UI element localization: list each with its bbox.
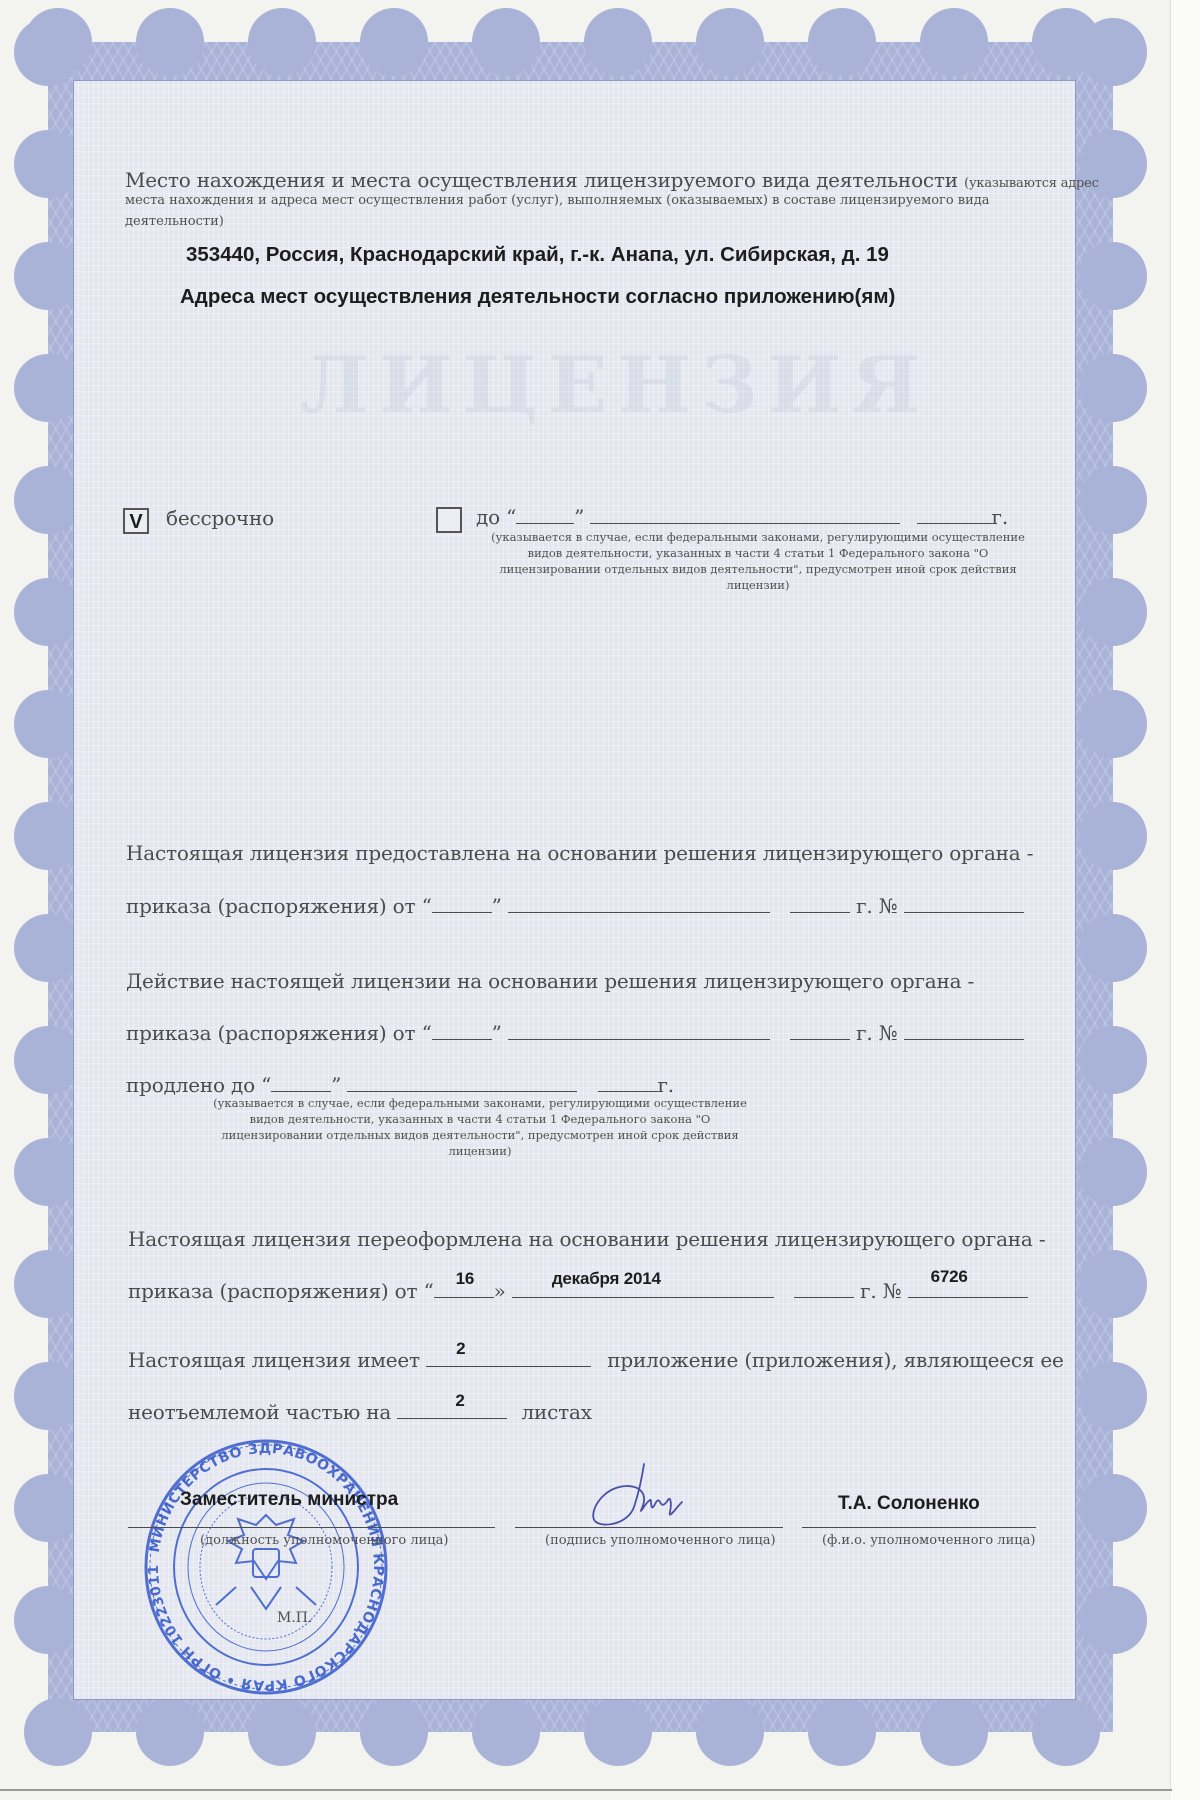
reissued-year-field[interactable] xyxy=(794,1279,854,1298)
granted-day-field[interactable] xyxy=(432,894,492,913)
appendices-count-field[interactable]: 2 xyxy=(426,1348,591,1367)
signatory-position: Заместитель министра xyxy=(180,1489,398,1511)
extended-until-day-field[interactable] xyxy=(271,1073,331,1092)
sheets-count-field[interactable]: 2 xyxy=(397,1400,507,1419)
location-heading: Место нахождения и места осуществления л… xyxy=(125,168,1099,192)
extended-year-field[interactable] xyxy=(790,1021,850,1040)
location-heading-note-line2: места нахождения и адреса мест осуществл… xyxy=(125,193,990,208)
location-heading-text: Место нахождения и места осуществления л… xyxy=(125,168,958,192)
year-number-label: г. № xyxy=(856,894,897,918)
reissued-number-field[interactable]: 6726 xyxy=(908,1279,1028,1298)
until-year-field[interactable] xyxy=(917,505,992,524)
name-caption: (ф.и.о. уполномоченного лица) xyxy=(822,1533,1035,1548)
extended-order-row: приказа (распоряжения) от “” г. № xyxy=(126,1021,1024,1045)
additional-addresses-note: Адреса мест осуществления деятельности с… xyxy=(180,285,895,309)
extended-note: (указывается в случае, если федеральными… xyxy=(200,1095,760,1159)
open-quote: “ xyxy=(424,1279,434,1303)
year-suffix: г. xyxy=(992,505,1008,529)
extended-day-field[interactable] xyxy=(432,1021,492,1040)
until-label: до xyxy=(476,505,500,529)
granted-line: Настоящая лицензия предоставлена на осно… xyxy=(126,841,1033,865)
appendices-prefix: Настоящая лицензия имеет xyxy=(128,1348,420,1372)
close-quote: » xyxy=(494,1279,506,1303)
granted-number-field[interactable] xyxy=(904,894,1024,913)
granted-year-field[interactable] xyxy=(790,894,850,913)
reissued-order-row: приказа (распоряжения) от “16» декабря 2… xyxy=(128,1279,1028,1303)
granted-order-row: приказа (распоряжения) от “” г. № xyxy=(126,894,1024,918)
close-quote: ” xyxy=(574,505,584,529)
location-heading-note-line3: деятельности) xyxy=(125,214,224,229)
until-date-note: (указывается в случае, если федеральными… xyxy=(478,529,1038,593)
indefinite-label: бессрочно xyxy=(166,506,274,530)
extended-line: Действие настоящей лицензии на основании… xyxy=(126,969,974,993)
year-suffix: г. xyxy=(658,1073,674,1097)
reissued-line: Настоящая лицензия переоформлена на осно… xyxy=(128,1227,1045,1251)
name-line xyxy=(802,1527,1036,1528)
until-date-row: до “” г. xyxy=(476,505,1008,529)
sheets-row: неотъемлемой частью на 2 листах xyxy=(128,1400,592,1424)
appendices-count-value: 2 xyxy=(456,1339,465,1359)
scan-edge-bottom xyxy=(0,1789,1172,1791)
order-label: приказа (распоряжения) от xyxy=(126,894,415,918)
reissued-day-field[interactable]: 16 xyxy=(434,1279,494,1298)
handwritten-signature xyxy=(584,1462,694,1532)
order-label: приказа (распоряжения) от xyxy=(128,1279,417,1303)
granted-month-field[interactable] xyxy=(508,894,770,913)
sheets-prefix: неотъемлемой частью на xyxy=(128,1400,391,1424)
signature-line xyxy=(515,1527,783,1528)
open-quote: “ xyxy=(422,894,432,918)
signature-caption: (подпись уполномоченного лица) xyxy=(545,1533,776,1548)
reissued-number-value: 6726 xyxy=(931,1267,968,1287)
extended-until-row: продлено до “” г. xyxy=(126,1073,674,1097)
until-month-field[interactable] xyxy=(590,505,900,524)
reissued-day-value: 16 xyxy=(456,1269,475,1289)
open-quote: “ xyxy=(261,1073,271,1097)
sheets-suffix: листах xyxy=(521,1400,591,1424)
year-number-label: г. № xyxy=(860,1279,901,1303)
position-caption: (должность уполномоченного лица) xyxy=(200,1533,448,1548)
scan-margin xyxy=(1171,0,1200,1800)
open-quote: “ xyxy=(506,505,516,529)
extended-until-label: продлено до xyxy=(126,1073,255,1097)
extended-until-month-field[interactable] xyxy=(347,1073,577,1092)
appendices-suffix: приложение (приложения), являющееся ее xyxy=(607,1348,1063,1372)
sheets-count-value: 2 xyxy=(455,1391,464,1411)
seal-label: М.П. xyxy=(277,1610,312,1626)
official-seal-stamp: МИНИСТЕРСТВО ЗДРАВООХРАНЕНИЯ КРАСНОДАРСК… xyxy=(141,1437,391,1697)
extended-until-year-field[interactable] xyxy=(598,1073,658,1092)
signatory-name: Т.А. Солоненко xyxy=(838,1493,980,1515)
year-number-label: г. № xyxy=(856,1021,897,1045)
reissued-month-field[interactable]: декабря 2014 xyxy=(512,1279,774,1298)
check-mark-icon: V xyxy=(129,511,142,533)
extended-number-field[interactable] xyxy=(904,1021,1024,1040)
order-label: приказа (распоряжения) от xyxy=(126,1021,415,1045)
close-quote: ” xyxy=(492,1021,502,1045)
extended-month-field[interactable] xyxy=(508,1021,770,1040)
until-day-field[interactable] xyxy=(516,505,574,524)
position-line xyxy=(128,1527,495,1528)
open-quote: “ xyxy=(422,1021,432,1045)
close-quote: ” xyxy=(331,1073,341,1097)
location-heading-note: (указываются адрес xyxy=(964,176,1099,191)
scan-edge-right xyxy=(1170,0,1171,1790)
watermark: ЛИЦЕНЗИЯ xyxy=(300,340,860,431)
license-address: 353440, Россия, Краснодарский край, г.-к… xyxy=(186,243,889,267)
close-quote: ” xyxy=(492,894,502,918)
appendices-row: Настоящая лицензия имеет 2 приложение (п… xyxy=(128,1348,1064,1372)
indefinite-checkbox[interactable]: V xyxy=(123,508,149,534)
until-date-checkbox[interactable] xyxy=(436,507,462,533)
reissued-month-year-value: декабря 2014 xyxy=(552,1269,661,1289)
